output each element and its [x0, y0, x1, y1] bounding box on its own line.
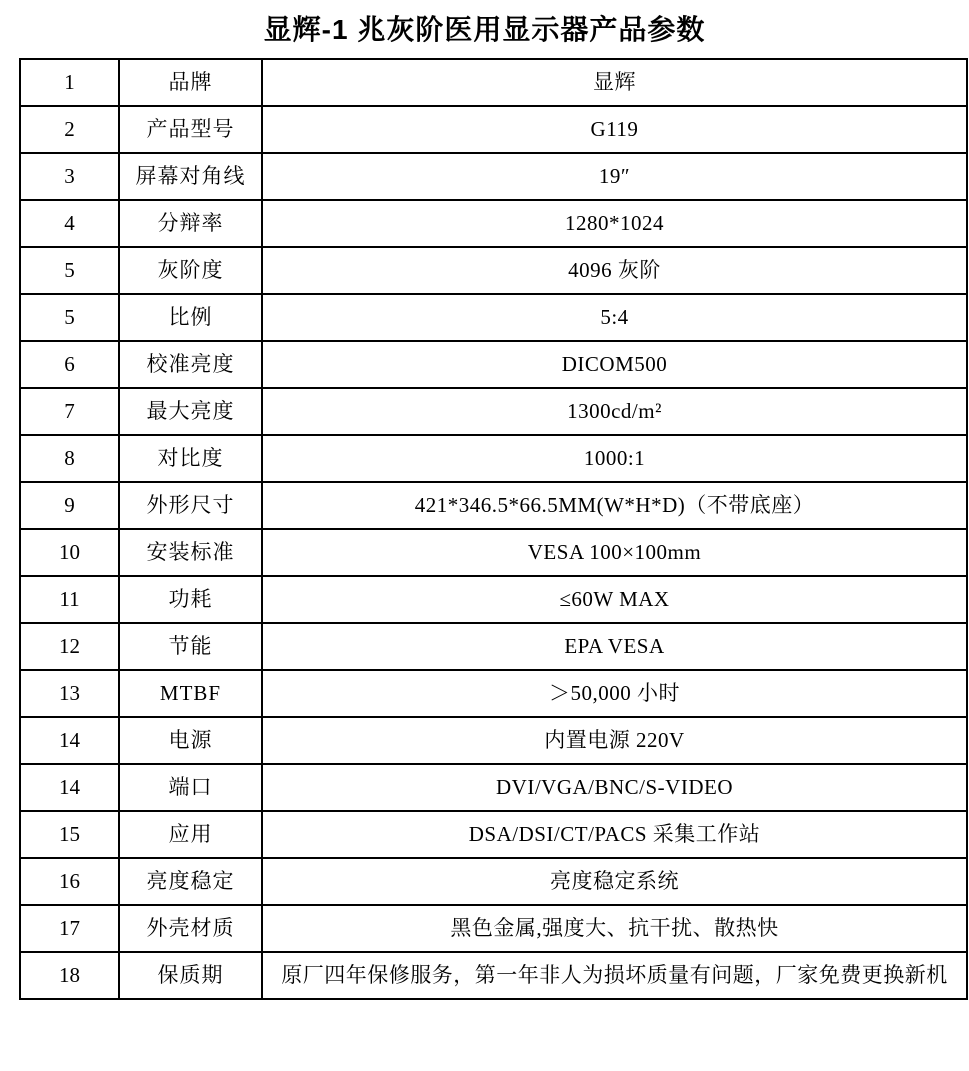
param-name-cell: 外壳材质 [119, 905, 262, 952]
row-number-cell: 5 [20, 247, 119, 294]
param-name-cell: 安装标准 [119, 529, 262, 576]
table-row: 15应用DSA/DSI/CT/PACS 采集工作站 [20, 811, 967, 858]
row-number-cell: 13 [20, 670, 119, 717]
spec-table-body: 1品牌显辉2产品型号G1193屏幕对角线19″4分辩率1280*10245灰阶度… [20, 59, 967, 999]
param-name-cell: 分辩率 [119, 200, 262, 247]
row-number-cell: 8 [20, 435, 119, 482]
param-value-cell: EPA VESA [262, 623, 967, 670]
param-value-cell: DICOM500 [262, 341, 967, 388]
row-number-cell: 4 [20, 200, 119, 247]
param-name-cell: 端口 [119, 764, 262, 811]
param-value-cell: ≤60W MAX [262, 576, 967, 623]
param-name-cell: 比例 [119, 294, 262, 341]
table-row: 5比例5:4 [20, 294, 967, 341]
row-number-cell: 2 [20, 106, 119, 153]
row-number-cell: 12 [20, 623, 119, 670]
param-value-cell: 4096 灰阶 [262, 247, 967, 294]
table-row: 9外形尺寸421*346.5*66.5MM(W*H*D)（不带底座） [20, 482, 967, 529]
table-row: 8对比度1000:1 [20, 435, 967, 482]
row-number-cell: 11 [20, 576, 119, 623]
row-number-cell: 14 [20, 717, 119, 764]
table-row: 16亮度稳定亮度稳定系统 [20, 858, 967, 905]
param-name-cell: 功耗 [119, 576, 262, 623]
param-value-cell: 显辉 [262, 59, 967, 106]
param-name-cell: 节能 [119, 623, 262, 670]
param-name-cell: 外形尺寸 [119, 482, 262, 529]
param-value-cell: VESA 100×100mm [262, 529, 967, 576]
row-number-cell: 10 [20, 529, 119, 576]
page-title: 显辉-1 兆灰阶医用显示器产品参数 [0, 0, 969, 58]
param-value-cell: 421*346.5*66.5MM(W*H*D)（不带底座） [262, 482, 967, 529]
param-value-cell: DVI/VGA/BNC/S-VIDEO [262, 764, 967, 811]
param-name-cell: 电源 [119, 717, 262, 764]
param-name-cell: 灰阶度 [119, 247, 262, 294]
product-spec-table: 1品牌显辉2产品型号G1193屏幕对角线19″4分辩率1280*10245灰阶度… [19, 58, 968, 1000]
param-value-cell: 5:4 [262, 294, 967, 341]
row-number-cell: 6 [20, 341, 119, 388]
param-value-cell: 内置电源 220V [262, 717, 967, 764]
table-row: 2产品型号G119 [20, 106, 967, 153]
param-value-cell: 1000:1 [262, 435, 967, 482]
table-row: 14端口DVI/VGA/BNC/S-VIDEO [20, 764, 967, 811]
table-row: 5灰阶度4096 灰阶 [20, 247, 967, 294]
row-number-cell: 3 [20, 153, 119, 200]
table-row: 11功耗≤60W MAX [20, 576, 967, 623]
table-row: 10安装标准VESA 100×100mm [20, 529, 967, 576]
row-number-cell: 15 [20, 811, 119, 858]
param-name-cell: 应用 [119, 811, 262, 858]
row-number-cell: 16 [20, 858, 119, 905]
param-name-cell: 校准亮度 [119, 341, 262, 388]
param-value-cell: 1300cd/m² [262, 388, 967, 435]
table-row: 1品牌显辉 [20, 59, 967, 106]
param-name-cell: 亮度稳定 [119, 858, 262, 905]
table-row: 3屏幕对角线19″ [20, 153, 967, 200]
row-number-cell: 17 [20, 905, 119, 952]
param-name-cell: 对比度 [119, 435, 262, 482]
param-name-cell: 品牌 [119, 59, 262, 106]
param-value-cell: G119 [262, 106, 967, 153]
row-number-cell: 9 [20, 482, 119, 529]
param-value-cell: 1280*1024 [262, 200, 967, 247]
table-row: 12节能EPA VESA [20, 623, 967, 670]
table-row: 7最大亮度1300cd/m² [20, 388, 967, 435]
row-number-cell: 18 [20, 952, 119, 999]
param-name-cell: 屏幕对角线 [119, 153, 262, 200]
row-number-cell: 1 [20, 59, 119, 106]
param-name-cell: 最大亮度 [119, 388, 262, 435]
table-row: 6校准亮度DICOM500 [20, 341, 967, 388]
table-row: 18保质期原厂四年保修服务，第一年非人为损坏质量有问题，厂家免费更换新机 [20, 952, 967, 999]
param-value-cell: DSA/DSI/CT/PACS 采集工作站 [262, 811, 967, 858]
param-value-cell: 19″ [262, 153, 967, 200]
table-row: 17外壳材质黑色金属,强度大、抗干扰、散热快 [20, 905, 967, 952]
param-name-cell: MTBF [119, 670, 262, 717]
table-row: 4分辩率1280*1024 [20, 200, 967, 247]
spec-sheet-page: 显辉-1 兆灰阶医用显示器产品参数 1品牌显辉2产品型号G1193屏幕对角线19… [0, 0, 969, 1071]
table-row: 14电源内置电源 220V [20, 717, 967, 764]
row-number-cell: 5 [20, 294, 119, 341]
row-number-cell: 7 [20, 388, 119, 435]
param-value-cell: 亮度稳定系统 [262, 858, 967, 905]
table-row: 13MTBF＞50,000 小时 [20, 670, 967, 717]
param-value-cell: 黑色金属,强度大、抗干扰、散热快 [262, 905, 967, 952]
param-name-cell: 产品型号 [119, 106, 262, 153]
row-number-cell: 14 [20, 764, 119, 811]
param-value-cell: 原厂四年保修服务，第一年非人为损坏质量有问题，厂家免费更换新机 [262, 952, 967, 999]
param-name-cell: 保质期 [119, 952, 262, 999]
param-value-cell: ＞50,000 小时 [262, 670, 967, 717]
